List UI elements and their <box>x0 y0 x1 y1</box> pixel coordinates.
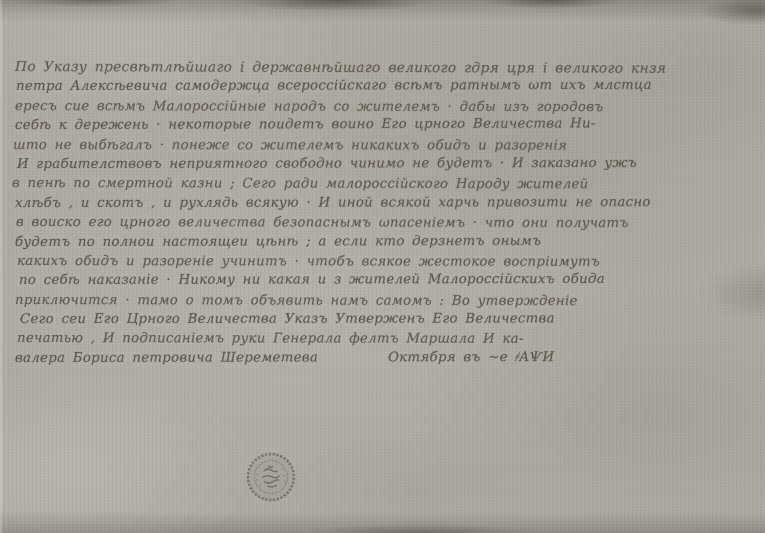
manuscript-line: по себѣ наказаніе · Никому ни какая и з … <box>19 270 761 291</box>
manuscript-line: петра Алексѣевича самодержца всероссійск… <box>16 76 758 97</box>
date-text: Октября въ ~е ҂АѰИ <box>388 350 554 365</box>
manuscript-line: што не выбѣгалъ · понеже со жителемъ ник… <box>13 136 755 156</box>
manuscript-line: И грабителствовъ неприятного свободно чи… <box>17 154 759 175</box>
signature-text: валера Бориса петровича Шереметева <box>15 350 318 366</box>
manuscript-line: Сего сеи Его Црного Величества Указъ Утв… <box>20 309 762 329</box>
manuscript-line: хлѣбъ , и скотъ , и рухлядь всякую · И и… <box>15 193 757 213</box>
manuscript-line: печатью , И подписаніемъ руки Генерала ф… <box>17 329 759 349</box>
manuscript-text: По Указу пресвѣтлѣйшаго і державнѣйшаго … <box>15 58 757 368</box>
manuscript-line: будетъ по полнои настоящеи цѣнѣ ; а если… <box>15 231 757 252</box>
manuscript-closing-line: валера Бориса петровича ШереметеваОктябр… <box>15 348 757 369</box>
manuscript-line: себѣ к дережень · некоторые поидетъ воин… <box>15 114 757 135</box>
manuscript-line: приключится · тамо о томъ объявить намъ … <box>15 291 757 312</box>
round-seal-icon <box>240 446 303 507</box>
manuscript-photo: По Указу пресвѣтлѣйшаго і державнѣйшаго … <box>0 0 765 533</box>
